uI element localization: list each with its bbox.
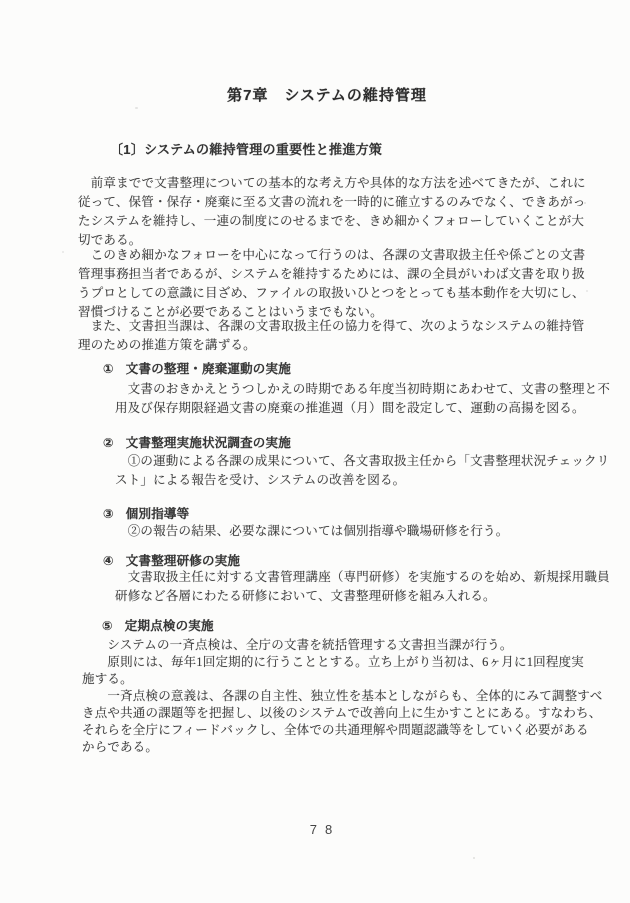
item-5-heading: ⑤ 定期点検の実施 xyxy=(102,617,214,636)
page-number: 78 xyxy=(10,822,630,837)
item-2-heading: ② 文書整理実施状況調査の実施 xyxy=(103,434,291,453)
item-4-number: ④ xyxy=(103,552,114,571)
chapter-title: 第7章 システムの維持管理 xyxy=(12,84,630,105)
item-2-title: 文書整理実施状況調査の実施 xyxy=(126,434,291,453)
item-5-body: システムの一斉点検は、全庁の文書を統括管理する文書担当課が行う。 原則には、毎年… xyxy=(82,637,602,756)
item-5-title: 定期点検の実施 xyxy=(125,617,214,636)
item-1-body: 文書のおきかえとうつしかえの時期である年度当初時期にあわせて、文書の整理と不 用… xyxy=(115,380,610,418)
document-page: 第7章 システムの維持管理 〔1〕システムの維持管理の重要性と推進方策 前章まで… xyxy=(0,0,630,903)
item-5-number: ⑤ xyxy=(102,617,113,636)
item-3-number: ③ xyxy=(103,505,114,524)
scan-speck xyxy=(135,107,138,109)
item-4-body: 文書取扱主任に対する文書管理講座（専門研修）を実施するのを始め、新規採用職員 研… xyxy=(115,568,610,606)
section-heading: 〔1〕システムの維持管理の重要性と推進方策 xyxy=(110,139,382,158)
item-3-body: ②の報告の結果、必要な課については個別指導や職場研修を行う。 xyxy=(115,522,508,541)
paragraph-2: このきめ細かなフォローを中心になって行うのは、各課の文書取扱主任や係ごとの文書 … xyxy=(78,246,585,322)
paragraph-3: また、文書担当課は、各課の文書取扱主任の協力を得て、次のようなシステムの維持管 … xyxy=(78,317,585,355)
scan-speck xyxy=(473,857,475,859)
scan-speck xyxy=(584,202,586,204)
item-1-heading: ① 文書の整理・廃棄運動の実施 xyxy=(103,360,291,379)
scan-speck xyxy=(586,290,588,292)
item-2-body: ①の運動による各課の成果について、各文書取扱主任から「文書整理状況チェックリ ス… xyxy=(115,452,609,490)
scan-speck xyxy=(62,251,64,253)
paragraph-1: 前章までで文書整理についての基本的な考え方や具体的な方法を述べてきたが、これに … xyxy=(78,174,586,250)
item-2-number: ② xyxy=(103,434,114,453)
item-1-number: ① xyxy=(103,360,114,379)
item-1-title: 文書の整理・廃棄運動の実施 xyxy=(126,360,291,379)
